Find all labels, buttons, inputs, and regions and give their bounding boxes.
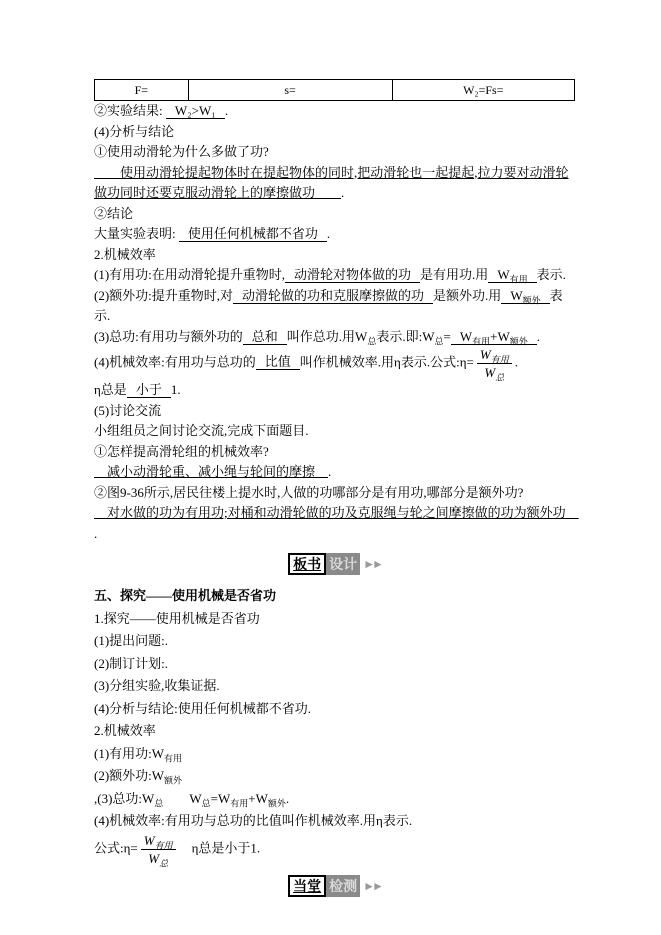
eta-label: η总是	[94, 382, 127, 397]
efficiency-fraction: W有用W总	[477, 347, 512, 380]
subscript-total: 总	[495, 373, 504, 383]
quiz-badge: 当堂检测►►	[288, 875, 381, 897]
board-section-title: 五、探究——使用机械是否省功	[94, 585, 575, 606]
useful-work-label: (1)有用功:在用动滑轮提升重物时,	[94, 267, 285, 282]
fraction-numerator: W有用	[141, 833, 176, 850]
symbol-w: W	[510, 288, 522, 303]
discussion-question-2: ②图9-36所示,居民往楼上提水时,人做的功哪部分是有用功,哪部分是额外功?	[94, 483, 575, 504]
period: .	[328, 464, 331, 479]
plus-w: +W	[490, 329, 510, 344]
board-extra-line: (2)额外功:W额外	[94, 765, 575, 786]
subscript-useful: 有用	[491, 355, 509, 365]
subscript-useful: 有用	[155, 840, 173, 850]
board-line: (4)机械效率:有用功与总功的比值叫作机械效率.用η表示.	[94, 810, 575, 831]
subscript-useful: 有用	[510, 275, 528, 285]
experiment-result-line: ②实验结果: W₂>W₁.	[94, 101, 575, 122]
board-total-line: ,(3)总功:W总 W总=W有用+W额外.	[94, 788, 575, 809]
double-arrow-icon: ►►	[363, 875, 381, 897]
symbol-w: W	[144, 833, 155, 848]
badge-right-label: 检测	[326, 875, 360, 897]
board-extra-label: (2)额外功:W	[94, 768, 164, 783]
conclusion-title: ②结论	[94, 204, 575, 225]
table-cell-work: W₂=Fs=	[392, 80, 574, 101]
board-line: (1)提出问题:.	[94, 630, 575, 651]
conclusion-line: 大量实验表明: 使用任何机械都不省功.	[94, 224, 575, 245]
period: .	[341, 185, 344, 200]
experiment-data-table: F= s= W₂=Fs=	[94, 79, 575, 101]
subscript-total: 总	[367, 336, 376, 346]
discussion-intro: 小组组员之间讨论交流,完成下面题目.	[94, 421, 575, 442]
symbol-w: W	[484, 365, 495, 380]
subscript-extra: 额外	[510, 336, 528, 346]
extra-work-mid: 是额外功.用	[433, 288, 501, 303]
board-line: 1.探究——使用机械是否省功	[94, 608, 575, 629]
symbol-w: W	[480, 347, 491, 362]
subscript-extra: 额外	[523, 295, 541, 305]
equals-sign: =	[444, 329, 451, 344]
w-extra-formula: W额外	[501, 288, 549, 304]
blank-answer-ratio: 比值	[256, 354, 300, 370]
discussion-question-1: ①怎样提高滑轮组的机械效率?	[94, 442, 575, 463]
analysis-title: (4)分析与结论	[94, 122, 575, 143]
w-useful-formula: W有用	[488, 267, 536, 283]
board-useful-line: (1)有用功:W有用	[94, 743, 575, 764]
blank-answer-total: 总和	[243, 329, 287, 345]
board-line: (2)制订计划:.	[94, 653, 575, 674]
efficiency-fraction: W有用W总	[141, 833, 176, 866]
blank-answer-lessthan: 小于	[127, 382, 171, 398]
board-total-plus: +W	[248, 791, 268, 806]
experiment-result-label: ②实验结果:	[94, 103, 163, 118]
period: .	[286, 791, 289, 806]
board-formula-end: η总是小于1.	[179, 840, 261, 855]
discussion-title: (5)讨论交流	[94, 401, 575, 422]
period: .	[327, 226, 330, 241]
discussion-answer-2-line: 对水做的功为有用功;对桶和动滑轮做的功及克服绳与轮之间摩擦做的功为额外功 .	[94, 503, 575, 544]
efficiency-section-title: 2.机械效率	[94, 245, 575, 266]
eta-line: η总是小于1.	[94, 380, 575, 401]
blank-answer-extra: 动滑轮做的功和克服摩擦做的功	[233, 288, 433, 304]
subscript-useful: 有用	[164, 753, 182, 763]
blank-answer-result: W₂>W₁	[166, 103, 225, 119]
double-arrow-icon: ►►	[363, 553, 381, 575]
board-useful-label: (1)有用功:W	[94, 746, 164, 761]
blank-answer-total-formula: W有用+W额外	[451, 329, 537, 345]
board-design-badge: 板书设计►►	[288, 553, 381, 575]
question-1-answer-line: 使用动滑轮提起物体时在提起物体的同时,把动滑轮也一起提起,拉力要对动滑轮做功同时…	[94, 163, 575, 204]
board-line: (4)分析与结论:使用任何机械都不省功.	[94, 698, 575, 719]
total-work-line: (3)总功:有用功与额外功的总和叫作总功.用W总表示.即:W总=W有用+W额外.	[94, 327, 575, 348]
blank-answer-conclusion: 使用任何机械都不省功	[179, 226, 327, 242]
period: .	[94, 526, 97, 541]
subscript-total: 总	[202, 798, 211, 808]
board-line: 2.机械效率	[94, 720, 575, 741]
board-line: (3)分组实验,收集证据.	[94, 675, 575, 696]
useful-work-end: 表示.	[537, 267, 566, 282]
total-work-mid1: 叫作总功.用W	[287, 329, 368, 344]
discussion-answer-1-line: 减小动滑轮重、减小绳与轮间的摩擦 .	[94, 462, 575, 483]
subscript-total: 总	[434, 336, 443, 346]
board-total-w: W	[163, 791, 201, 806]
eta-end: 1.	[171, 382, 181, 397]
board-formula-label: 公式:η=	[94, 840, 138, 855]
efficiency-definition-line: (4)机械效率:有用功与总功的比值叫作机械效率.用η表示.公式:η=W有用W总.	[94, 347, 575, 380]
symbol-w: W	[148, 851, 159, 866]
badge-left-label: 板书	[288, 553, 326, 575]
useful-work-line: (1)有用功:在用动滑轮提升重物时,动滑轮对物体做的功是有用功.用W有用表示.	[94, 265, 575, 286]
table-cell-force: F=	[95, 80, 189, 101]
efficiency-mid: 叫作机械效率.用η表示.公式:η=	[300, 354, 474, 369]
subscript-useful: 有用	[472, 336, 490, 346]
useful-work-mid: 是有用功.用	[420, 267, 488, 282]
board-formula-line: 公式:η=W有用W总 η总是小于1.	[94, 833, 575, 866]
badge-right-label: 设计	[326, 553, 360, 575]
blank-answer-dq2: 对水做的功为有用功;对桶和动滑轮做的功及克服绳与轮之间摩擦做的功为额外功	[94, 505, 579, 520]
board-design-section: 五、探究——使用机械是否省功 1.探究——使用机械是否省功 (1)提出问题:. …	[94, 585, 575, 866]
period: .	[515, 354, 518, 369]
blank-answer-useful: 动滑轮对物体做的功	[285, 267, 420, 283]
subscript-extra: 额外	[164, 776, 182, 786]
symbol-w: W	[460, 329, 472, 344]
conclusion-label: 大量实验表明:	[94, 226, 176, 241]
board-total-label: ,(3)总功:W	[94, 791, 154, 806]
board-design-badge-row: 板书设计►►	[94, 553, 575, 575]
extra-work-label: (2)额外功:提升重物时,对	[94, 288, 233, 303]
table-row: F= s= W₂=Fs=	[95, 80, 575, 101]
subscript-total: 总	[154, 798, 163, 808]
table-cell-distance: s=	[188, 80, 392, 101]
subscript-useful: 有用	[230, 798, 248, 808]
experiment-section: ②实验结果: W₂>W₁. (4)分析与结论 ①使用动滑轮为什么多做了功? 使用…	[94, 101, 575, 544]
subscript-total: 总	[159, 858, 168, 868]
total-work-label: (3)总功:有用功与额外功的	[94, 329, 243, 344]
period: .	[225, 103, 228, 118]
blank-answer-dq1: 减小动滑轮重、减小绳与轮间的摩擦	[94, 464, 328, 479]
fraction-denominator: W总	[477, 364, 512, 380]
extra-work-line: (2)额外功:提升重物时,对动滑轮做的功和克服摩擦做的功是额外功.用W额外表示.	[94, 286, 575, 327]
fraction-denominator: W总	[141, 850, 176, 866]
symbol-w: W	[497, 267, 509, 282]
fraction-numerator: W有用	[477, 347, 512, 364]
total-work-mid2: 表示.即:W	[376, 329, 434, 344]
efficiency-label: (4)机械效率:有用功与总功的	[94, 354, 256, 369]
blank-answer-q1: 使用动滑轮提起物体时在提起物体的同时,把动滑轮也一起提起,拉力要对动滑轮做功同时…	[94, 165, 569, 201]
quiz-badge-row: 当堂检测►►	[94, 875, 575, 897]
period: .	[537, 329, 540, 344]
board-total-eq: =W	[211, 791, 231, 806]
subscript-extra: 额外	[268, 798, 286, 808]
question-1: ①使用动滑轮为什么多做了功?	[94, 142, 575, 163]
document-page: F= s= W₂=Fs= ②实验结果: W₂>W₁. (4)分析与结论 ①使用动…	[0, 0, 661, 897]
badge-left-label: 当堂	[288, 875, 326, 897]
